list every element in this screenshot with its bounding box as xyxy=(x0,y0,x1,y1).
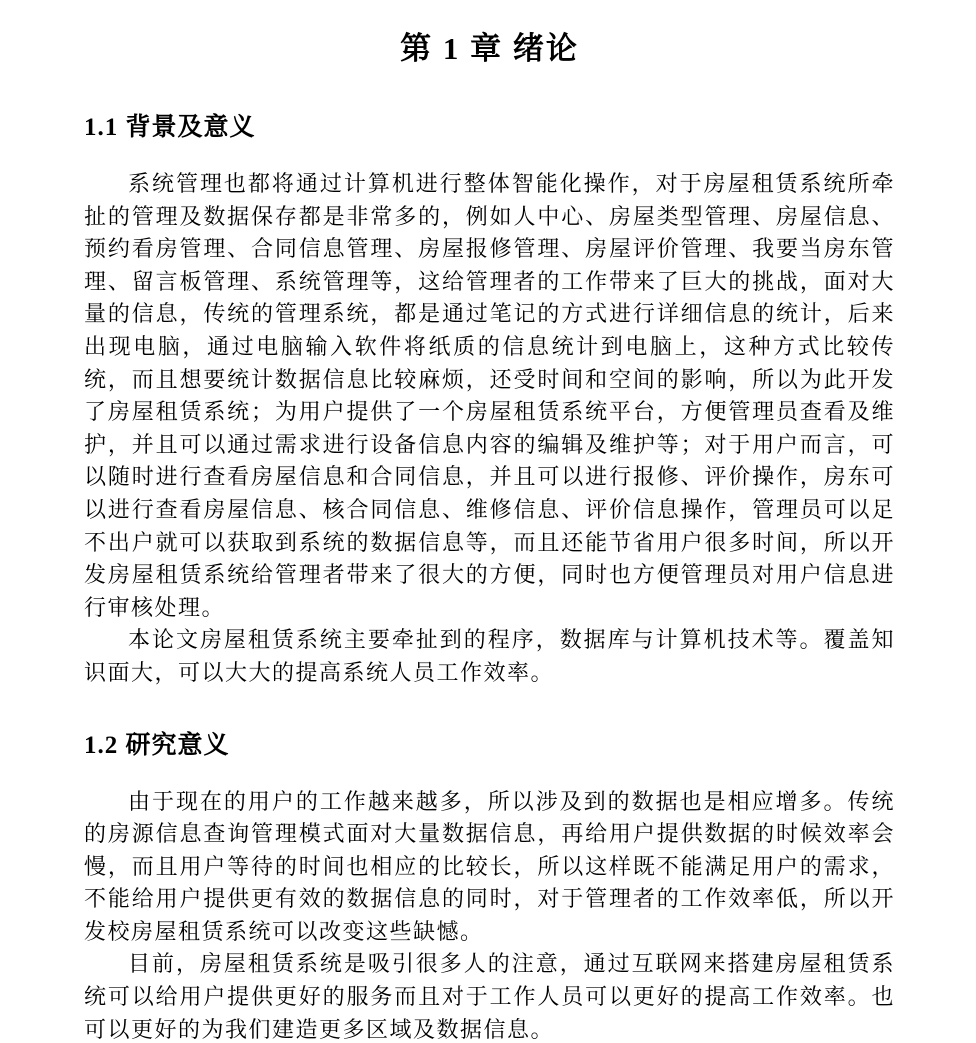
section-1-1: 1.1 背景及意义 系统管理也都将通过计算机进行整体智能化操作，对于房屋租赁系统… xyxy=(84,112,895,690)
section-1-2-paragraph-2: 目前，房屋租赁系统是吸引很多人的注意，通过互联网来搭建房屋租赁系统可以给用户提供… xyxy=(84,948,895,1043)
section-1-2-paragraph-1: 由于现在的用户的工作越来越多，所以涉及到的数据也是相应增多。传统的房源信息查询管… xyxy=(84,786,895,949)
section-1-1-paragraph-1: 系统管理也都将通过计算机进行整体智能化操作，对于房屋租赁系统所牵扯的管理及数据保… xyxy=(84,168,895,624)
section-1-2: 1.2 研究意义 由于现在的用户的工作越来越多，所以涉及到的数据也是相应增多。传… xyxy=(84,730,895,1043)
section-1-1-heading: 1.1 背景及意义 xyxy=(84,112,895,144)
section-1-1-paragraph-2: 本论文房屋租赁系统主要牵扯到的程序，数据库与计算机技术等。覆盖知识面大，可以大大… xyxy=(84,624,895,689)
document-page: 第 1 章 绪论 1.1 背景及意义 系统管理也都将通过计算机进行整体智能化操作… xyxy=(0,0,976,1043)
chapter-title: 第 1 章 绪论 xyxy=(84,26,895,72)
section-1-2-heading: 1.2 研究意义 xyxy=(84,730,895,762)
